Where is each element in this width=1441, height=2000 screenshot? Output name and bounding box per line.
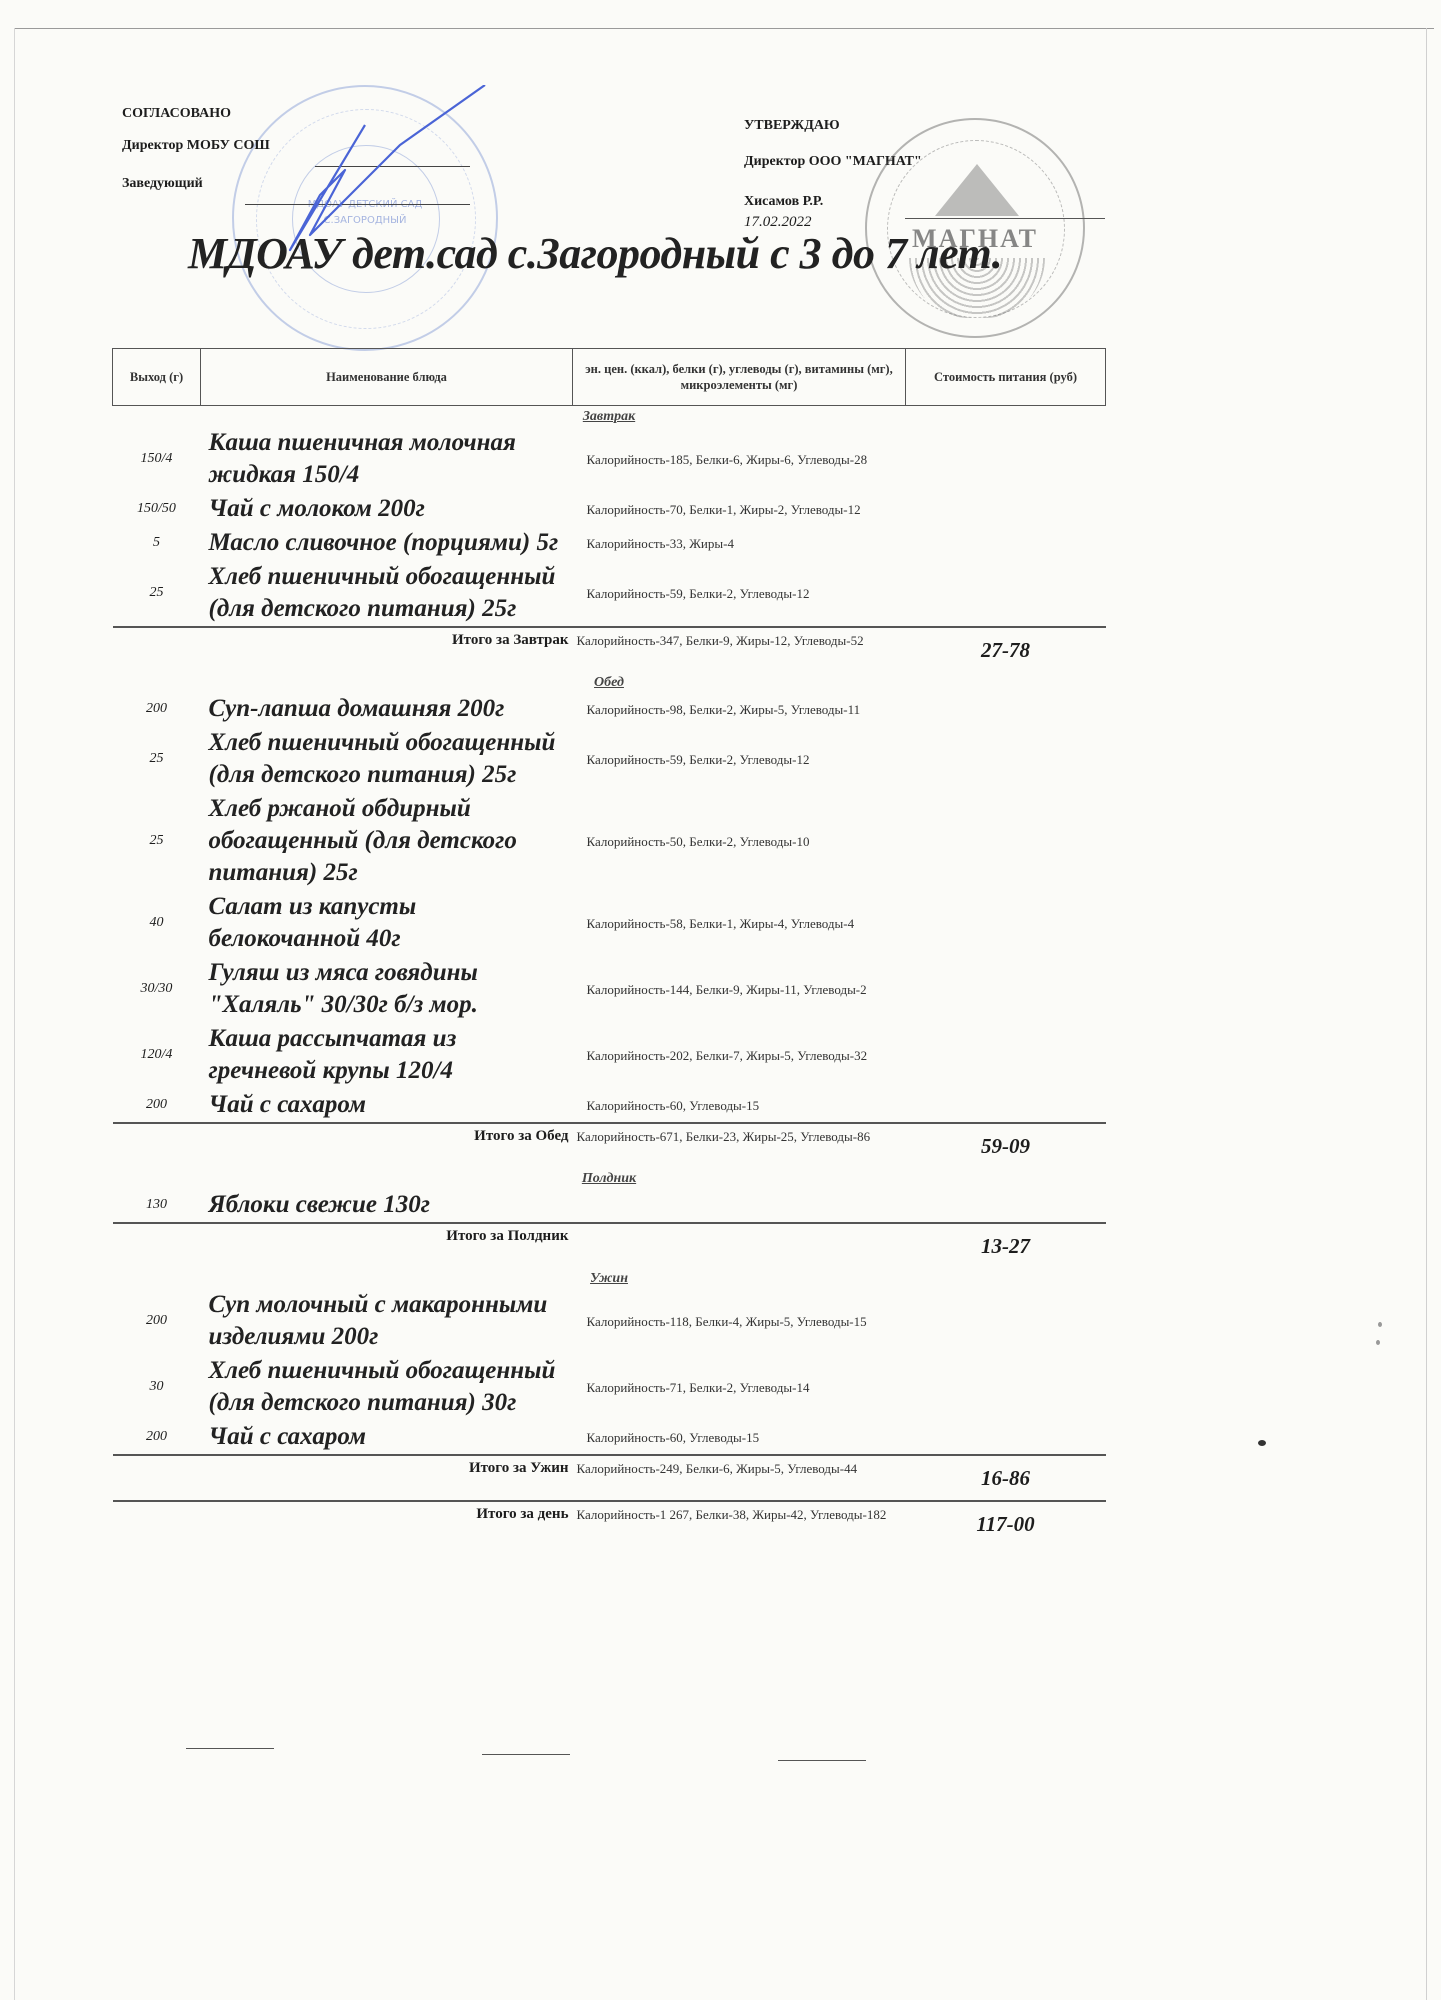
header-yield: Выход (г) <box>113 349 201 406</box>
section-total-row: Итого за УжинКалорийность-249, Белки-6, … <box>113 1455 1106 1501</box>
item-yield: 200 <box>113 1288 201 1354</box>
section-title: Ужин <box>590 1271 628 1286</box>
item-nutrition: Калорийность-98, Белки-2, Жиры-5, Углево… <box>573 692 906 726</box>
menu-table: Выход (г) Наименование блюда эн. цен. (к… <box>112 348 1106 1546</box>
item-dish-name: Суп-лапша домашняя 200г <box>201 692 573 726</box>
item-yield: 25 <box>113 726 201 792</box>
menu-item-row: 25Хлеб пшеничный обогащенный (для детско… <box>113 726 1106 792</box>
day-total-row: Итого за деньКалорийность-1 267, Белки-3… <box>113 1501 1106 1546</box>
item-cost <box>906 956 1106 1022</box>
approved-heading: УТВЕРЖДАЮ <box>744 118 840 134</box>
signature-line-director <box>315 166 470 167</box>
menu-item-row: 200Суп молочный с макаронными изделиями … <box>113 1288 1106 1354</box>
section-total-nutrition: Калорийность-347, Белки-9, Жиры-12, Угле… <box>573 627 906 672</box>
item-yield: 40 <box>113 890 201 956</box>
section-title: Обед <box>594 675 624 690</box>
item-dish-name: Чай с молоком 200г <box>201 492 573 526</box>
signature-line-approver <box>905 218 1105 219</box>
item-cost <box>906 492 1106 526</box>
item-nutrition <box>573 1188 906 1223</box>
day-total-cost: 117-00 <box>906 1501 1106 1546</box>
agreed-director-label: Директор МОБУ СОШ <box>122 138 270 154</box>
item-nutrition: Калорийность-71, Белки-2, Углеводы-14 <box>573 1354 906 1420</box>
section-total-label: Итого за Завтрак <box>113 627 573 672</box>
menu-table-body: Завтрак150/4Каша пшеничная молочная жидк… <box>113 406 1106 1547</box>
item-yield: 150/4 <box>113 426 201 492</box>
section-header-row: Обед <box>113 672 1106 692</box>
section-title: Полдник <box>582 1171 636 1186</box>
item-nutrition: Калорийность-144, Белки-9, Жиры-11, Угле… <box>573 956 906 1022</box>
menu-item-row: 200Чай с сахаромКалорийность-60, Углевод… <box>113 1088 1106 1123</box>
approved-director-name: Хисамов Р.Р. <box>744 194 823 210</box>
section-total-label: Итого за Ужин <box>113 1455 573 1501</box>
item-yield: 5 <box>113 526 201 560</box>
item-cost <box>906 792 1106 890</box>
item-cost <box>906 1288 1106 1354</box>
section-total-cost: 59-09 <box>906 1123 1106 1168</box>
scan-speck <box>1376 1340 1380 1345</box>
menu-item-row: 200Чай с сахаромКалорийность-60, Углевод… <box>113 1420 1106 1455</box>
item-nutrition: Калорийность-60, Углеводы-15 <box>573 1088 906 1123</box>
agreed-manager-label: Заведующий <box>122 176 203 192</box>
section-total-cost: 13-27 <box>906 1223 1106 1268</box>
item-dish-name: Хлеб пшеничный обогащенный (для детского… <box>201 726 573 792</box>
menu-item-row: 150/50Чай с молоком 200гКалорийность-70,… <box>113 492 1106 526</box>
menu-item-row: 25Хлеб ржаной обдирный обогащенный (для … <box>113 792 1106 890</box>
header-dish-name: Наименование блюда <box>201 349 573 406</box>
menu-item-row: 5Масло сливочное (порциями) 5гКалорийнос… <box>113 526 1106 560</box>
item-nutrition: Калорийность-59, Белки-2, Углеводы-12 <box>573 726 906 792</box>
section-total-nutrition: Калорийность-249, Белки-6, Жиры-5, Углев… <box>573 1455 906 1501</box>
scan-frame-top <box>14 28 1434 29</box>
section-header-row: Полдник <box>113 1168 1106 1188</box>
menu-item-row: 25Хлеб пшеничный обогащенный (для детско… <box>113 560 1106 627</box>
item-cost <box>906 1420 1106 1455</box>
school-stamp: МДОАУ ДЕТСКИЙ САД С.ЗАГОРОДНЫЙ <box>232 85 498 351</box>
item-yield: 200 <box>113 1088 201 1123</box>
item-yield: 200 <box>113 1420 201 1455</box>
item-cost <box>906 426 1106 492</box>
section-header-row: Завтрак <box>113 406 1106 427</box>
section-total-label: Итого за Обед <box>113 1123 573 1168</box>
item-dish-name: Чай с сахаром <box>201 1420 573 1455</box>
item-yield: 200 <box>113 692 201 726</box>
item-nutrition: Калорийность-59, Белки-2, Углеводы-12 <box>573 560 906 627</box>
footer-signature-line-3 <box>778 1760 866 1761</box>
item-yield: 120/4 <box>113 1022 201 1088</box>
item-dish-name: Яблоки свежие 130г <box>201 1188 573 1223</box>
item-nutrition: Калорийность-50, Белки-2, Углеводы-10 <box>573 792 906 890</box>
item-yield: 30/30 <box>113 956 201 1022</box>
item-dish-name: Салат из капусты белокочанной 40г <box>201 890 573 956</box>
item-dish-name: Гуляш из мяса говядины "Халяль" 30/30г б… <box>201 956 573 1022</box>
section-total-row: Итого за ЗавтракКалорийность-347, Белки-… <box>113 627 1106 672</box>
menu-item-row: 150/4Каша пшеничная молочная жидкая 150/… <box>113 426 1106 492</box>
table-header-row: Выход (г) Наименование блюда эн. цен. (к… <box>113 349 1106 406</box>
menu-item-row: 40Салат из капусты белокочанной 40гКалор… <box>113 890 1106 956</box>
item-nutrition: Калорийность-70, Белки-1, Жиры-2, Углево… <box>573 492 906 526</box>
document-title: МДОАУ дет.сад с.Загородный с 3 до 7 лет. <box>188 228 1002 279</box>
scan-speck <box>1378 1322 1382 1327</box>
footer-signature-line-1 <box>186 1748 274 1749</box>
item-dish-name: Масло сливочное (порциями) 5г <box>201 526 573 560</box>
section-total-cost: 16-86 <box>906 1455 1106 1501</box>
item-yield: 25 <box>113 792 201 890</box>
item-nutrition: Калорийность-185, Белки-6, Жиры-6, Углев… <box>573 426 906 492</box>
item-cost <box>906 560 1106 627</box>
item-nutrition: Калорийность-58, Белки-1, Жиры-4, Углево… <box>573 890 906 956</box>
item-nutrition: Калорийность-202, Белки-7, Жиры-5, Углев… <box>573 1022 906 1088</box>
approved-director-label: Директор ООО "МАГНАТ" <box>744 154 922 170</box>
item-dish-name: Хлеб пшеничный обогащенный (для детского… <box>201 560 573 627</box>
section-total-nutrition <box>573 1223 906 1268</box>
day-total-label: Итого за день <box>113 1501 573 1546</box>
item-cost <box>906 1354 1106 1420</box>
section-total-cost: 27-78 <box>906 627 1106 672</box>
item-dish-name: Суп молочный с макаронными изделиями 200… <box>201 1288 573 1354</box>
section-total-nutrition: Калорийность-671, Белки-23, Жиры-25, Угл… <box>573 1123 906 1168</box>
item-cost <box>906 1022 1106 1088</box>
section-total-label: Итого за Полдник <box>113 1223 573 1268</box>
menu-item-row: 30/30Гуляш из мяса говядины "Халяль" 30/… <box>113 956 1106 1022</box>
item-cost <box>906 1188 1106 1223</box>
section-title: Завтрак <box>583 409 635 424</box>
header-cost: Стоимость питания (руб) <box>906 349 1106 406</box>
item-dish-name: Чай с сахаром <box>201 1088 573 1123</box>
scan-frame-right <box>1426 28 1427 2000</box>
menu-item-row: 120/4Каша рассыпчатая из гречневой крупы… <box>113 1022 1106 1088</box>
item-dish-name: Хлеб ржаной обдирный обогащенный (для де… <box>201 792 573 890</box>
item-yield: 130 <box>113 1188 201 1223</box>
scan-frame-left <box>14 28 15 2000</box>
item-cost <box>906 1088 1106 1123</box>
item-yield: 25 <box>113 560 201 627</box>
item-dish-name: Каша рассыпчатая из гречневой крупы 120/… <box>201 1022 573 1088</box>
agreed-heading: СОГЛАСОВАНО <box>122 106 231 122</box>
menu-item-row: 200Суп-лапша домашняя 200гКалорийность-9… <box>113 692 1106 726</box>
day-total-nutrition: Калорийность-1 267, Белки-38, Жиры-42, У… <box>573 1501 906 1546</box>
item-yield: 150/50 <box>113 492 201 526</box>
item-nutrition: Калорийность-33, Жиры-4 <box>573 526 906 560</box>
item-cost <box>906 526 1106 560</box>
item-cost <box>906 890 1106 956</box>
item-dish-name: Хлеб пшеничный обогащенный (для детского… <box>201 1354 573 1420</box>
section-header-row: Ужин <box>113 1268 1106 1288</box>
header-nutrition: эн. цен. (ккал), белки (г), углеводы (г)… <box>573 349 906 406</box>
item-nutrition: Калорийность-118, Белки-4, Жиры-5, Углев… <box>573 1288 906 1354</box>
menu-item-row: 30Хлеб пшеничный обогащенный (для детско… <box>113 1354 1106 1420</box>
section-total-row: Итого за ОбедКалорийность-671, Белки-23,… <box>113 1123 1106 1168</box>
item-cost <box>906 726 1106 792</box>
item-cost <box>906 692 1106 726</box>
menu-item-row: 130Яблоки свежие 130г <box>113 1188 1106 1223</box>
section-total-row: Итого за Полдник13-27 <box>113 1223 1106 1268</box>
item-dish-name: Каша пшеничная молочная жидкая 150/4 <box>201 426 573 492</box>
signature-line-manager <box>245 204 470 205</box>
footer-signature-line-2 <box>482 1754 570 1755</box>
item-nutrition: Калорийность-60, Углеводы-15 <box>573 1420 906 1455</box>
scan-speck <box>1258 1440 1266 1446</box>
item-yield: 30 <box>113 1354 201 1420</box>
